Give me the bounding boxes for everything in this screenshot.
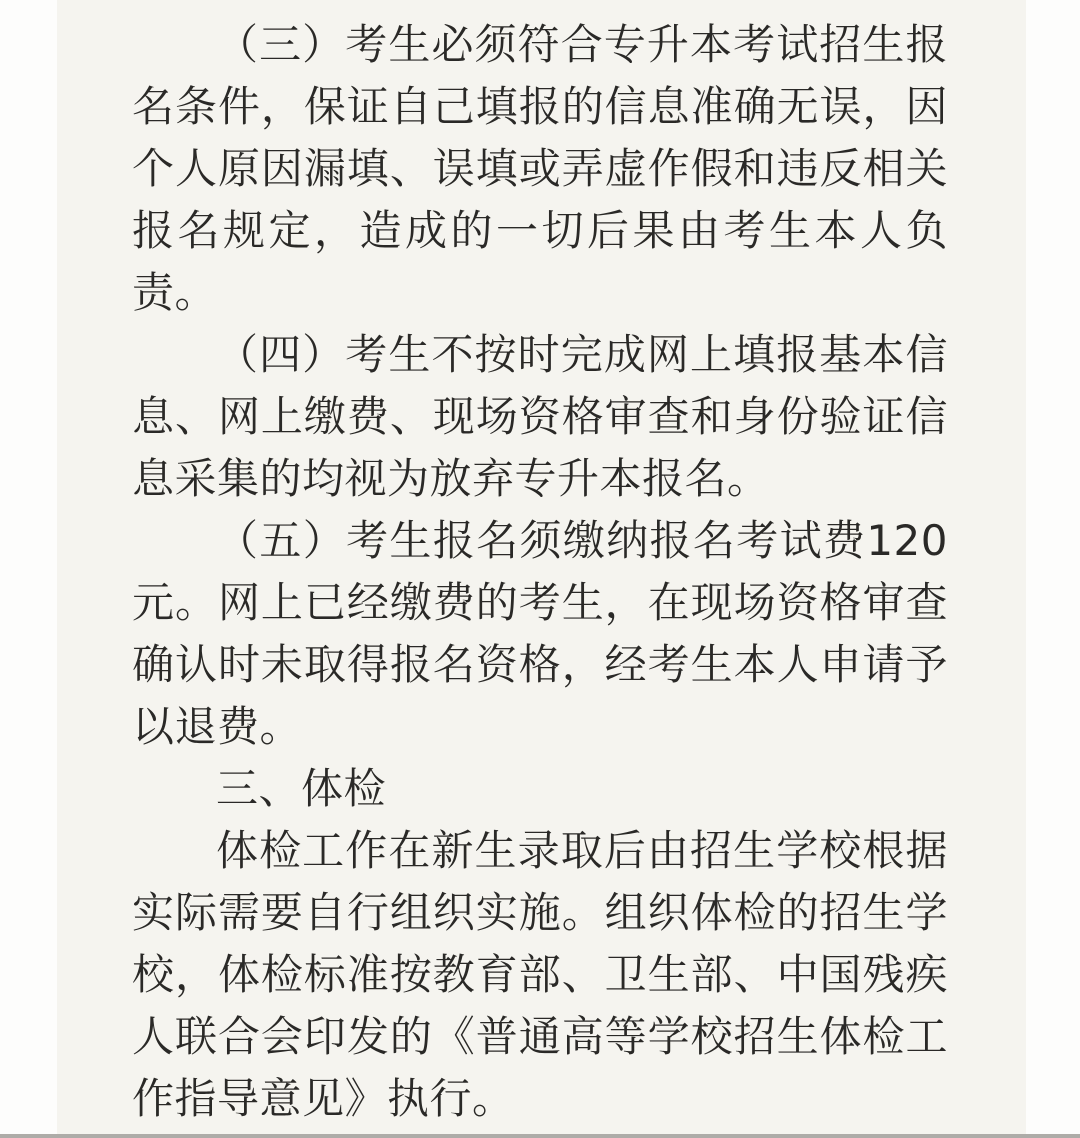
paragraph-item-5: （五）考生报名须缴纳报名考试费120元。网上已经缴费的考生，在现场资格审查确认时… xyxy=(132,510,948,758)
article-content-column: （三）考生必须符合专升本考试招生报名条件，保证自己填报的信息准确无误，因个人原因… xyxy=(57,0,1026,1138)
bottom-edge-divider xyxy=(0,1134,1080,1138)
paragraph-item-4: （四）考生不按时完成网上填报基本信息、网上缴费、现场资格审查和身份验证信息采集的… xyxy=(132,324,948,510)
document-text-block: （三）考生必须符合专升本考试招生报名条件，保证自己填报的信息准确无误，因个人原因… xyxy=(57,0,1026,1138)
paragraph-item-3: （三）考生必须符合专升本考试招生报名条件，保证自己填报的信息准确无误，因个人原因… xyxy=(132,14,948,324)
section-heading-physical-exam: 三、体检 xyxy=(132,758,948,820)
paragraph-physical-exam-body: 体检工作在新生录取后由招生学校根据实际需要自行组织实施。组织体检的招生学校，体检… xyxy=(132,820,948,1130)
